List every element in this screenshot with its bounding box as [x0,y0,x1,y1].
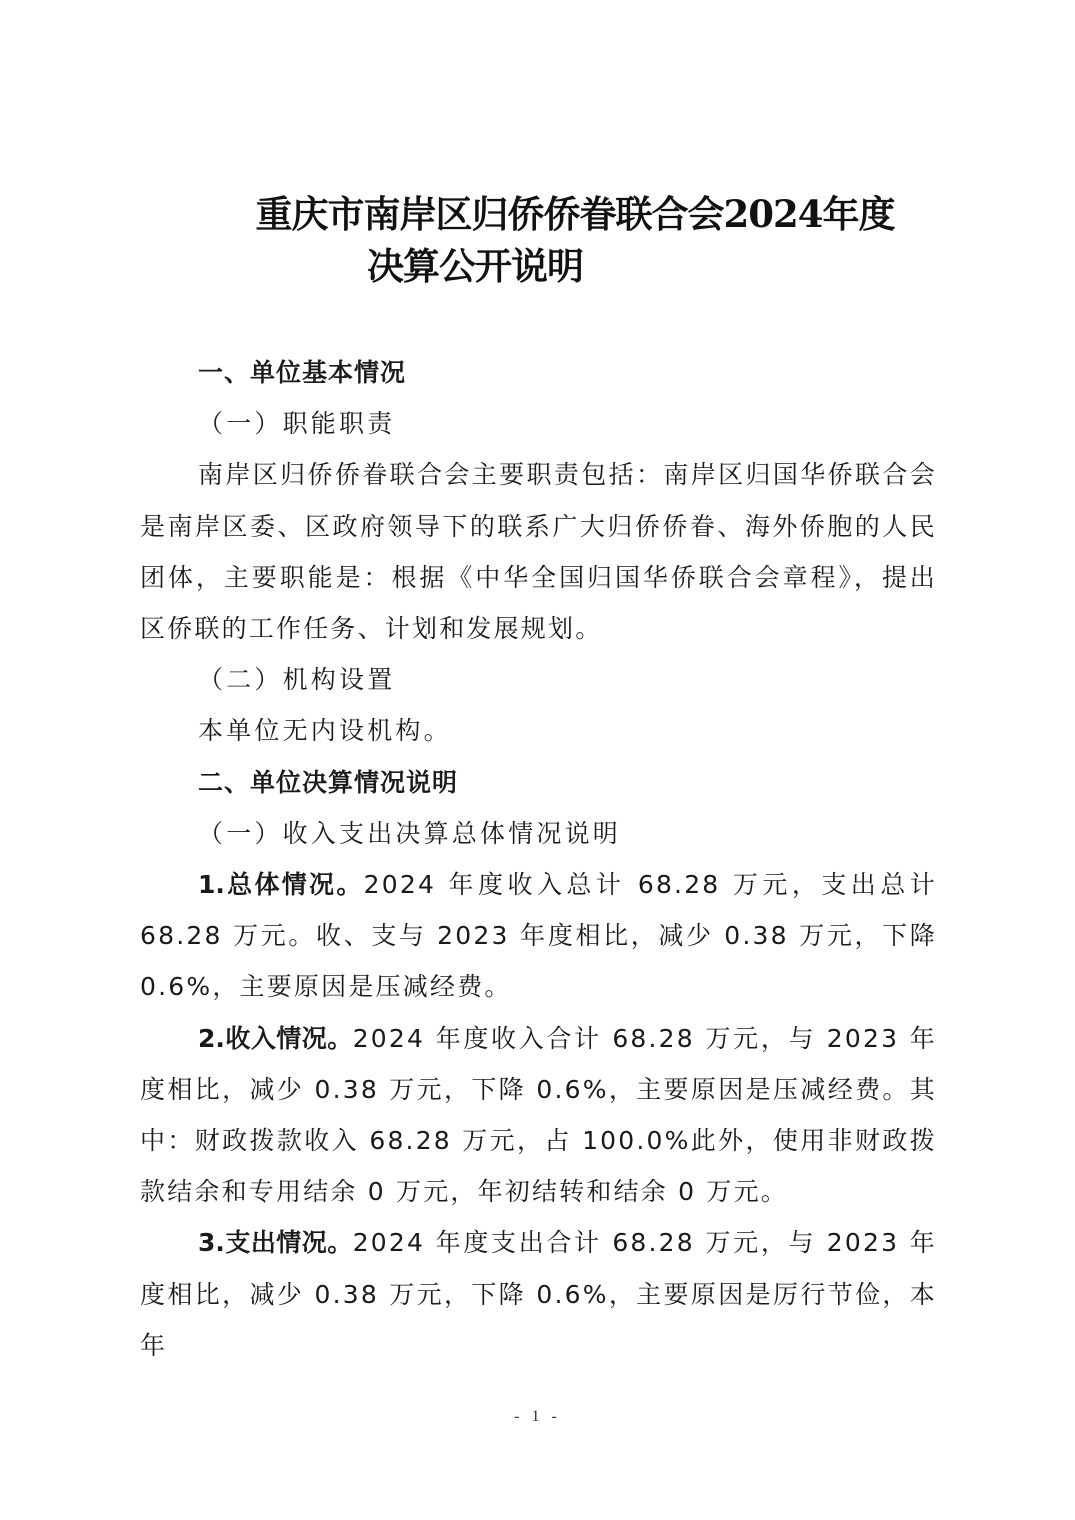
page-number: - 1 - [0,1408,1075,1426]
subheading-organization: （二）机构设置 [140,654,937,705]
paragraph-lead-overall: 1.总体情况。 [198,870,364,899]
paragraph-overall: 1.总体情况。2024 年度收入总计 68.28 万元，支出总计 68.28 万… [140,859,937,1013]
subheading-income-expense-overview: （一）收入支出决算总体情况说明 [140,808,937,859]
paragraph-functions: 南岸区归侨侨眷联合会主要职责包括：南岸区归国华侨联合会是南岸区委、区政府领导下的… [140,449,937,654]
subheading-functions: （一）职能职责 [140,398,937,449]
section-heading-final-accounts: 二、单位决算情况说明 [140,757,937,808]
title-line-1: 重庆市南岸区归侨侨眷联合会2024年度 [140,188,1010,240]
title-line-2: 决算公开说明 [140,240,1010,292]
paragraph-organization: 本单位无内设机构。 [140,705,937,756]
document-title: 重庆市南岸区归侨侨眷联合会2024年度 决算公开说明 [140,188,1010,292]
document-body: 一、单位基本情况 （一）职能职责 南岸区归侨侨眷联合会主要职责包括：南岸区归国华… [140,347,937,1371]
document-page: 重庆市南岸区归侨侨眷联合会2024年度 决算公开说明 一、单位基本情况 （一）职… [0,0,1075,1520]
paragraph-income: 2.收入情况。2024 年度收入合计 68.28 万元，与 2023 年度相比，… [140,1013,937,1218]
paragraph-lead-income: 2.收入情况。 [198,1024,353,1053]
section-heading-basic-info: 一、单位基本情况 [140,347,937,398]
paragraph-lead-expense: 3.支出情况。 [198,1228,353,1257]
paragraph-expense: 3.支出情况。2024 年度支出合计 68.28 万元，与 2023 年度相比，… [140,1217,937,1371]
